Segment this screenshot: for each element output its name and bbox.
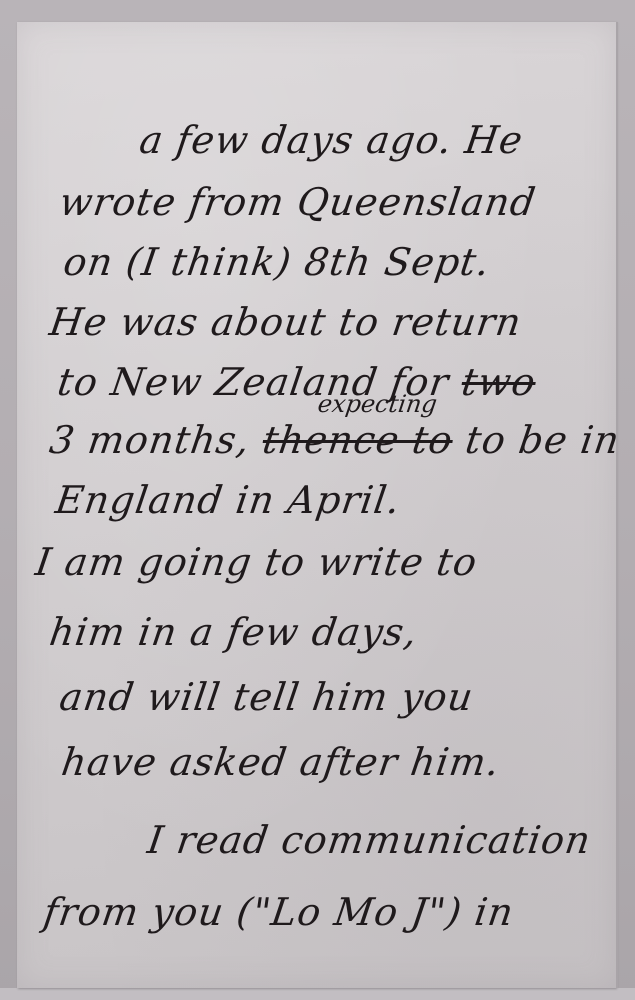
inserted-word: expecting: [316, 390, 439, 418]
struck-word: two: [459, 360, 539, 404]
handwritten-line-4: He was about to return: [47, 300, 525, 344]
handwritten-line-2: wrote from Queensland: [57, 180, 539, 224]
handwritten-line-8: I am going to write to: [33, 540, 480, 584]
page-edge: [616, 22, 618, 988]
handwritten-line-3: on (I think) 8th Sept.: [61, 240, 493, 284]
handwritten-line-11: have asked after him.: [59, 740, 503, 784]
struck-phrase: thence to: [260, 418, 456, 462]
handwritten-line-5: to New Zealand for two: [55, 360, 539, 404]
handwritten-line-10: and will tell him you: [57, 675, 476, 719]
handwritten-line-7: England in April.: [53, 478, 403, 522]
line-6-continuation: to be in: [463, 418, 623, 462]
handwritten-line-1: a few days ago. He: [137, 118, 526, 162]
table-surface: [0, 988, 635, 1000]
handwritten-line-12: I read communication: [145, 818, 594, 862]
handwritten-line-13: from you ("Lo Mo J") in: [41, 890, 517, 934]
handwritten-line-6: 3 months, thence to to be in: [47, 418, 623, 462]
handwritten-line-9: him in a few days,: [47, 610, 421, 654]
line-6-text: 3 months,: [47, 418, 253, 462]
